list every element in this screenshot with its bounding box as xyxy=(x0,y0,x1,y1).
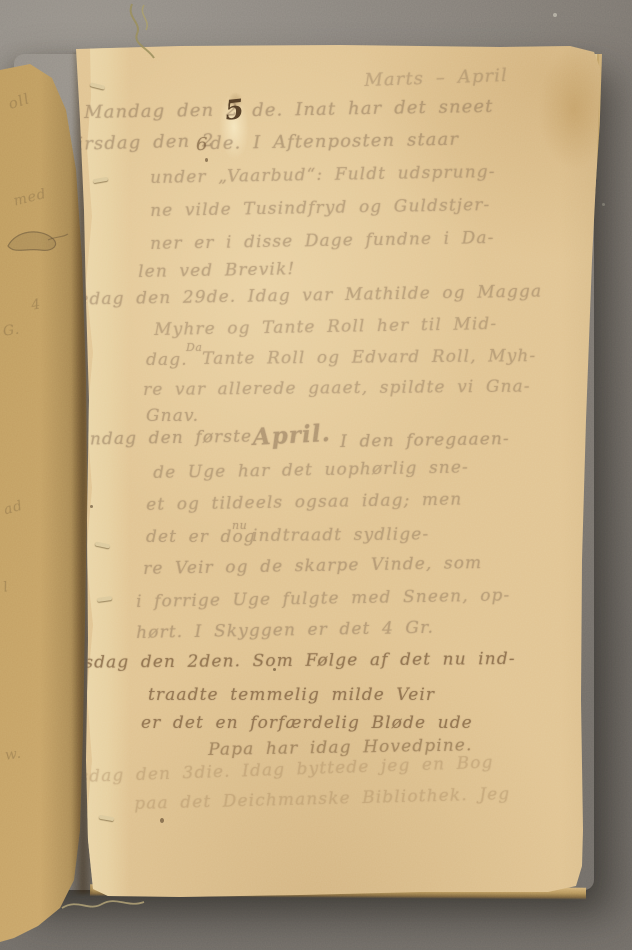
felt-fiber-fleck xyxy=(553,13,557,17)
date-correction-ink: 5 xyxy=(223,94,245,127)
diary-line: ne vilde Tusindfryd og Guldstjer- xyxy=(150,195,491,221)
photo-of-diary: oll med 4 G. ad l w. Marts – April Manda… xyxy=(0,0,632,950)
date-correction-pencil: 6 xyxy=(196,134,209,155)
pencil-speck xyxy=(90,505,93,508)
diary-line: i forrige Uge fulgte med Sneen, op- xyxy=(136,585,511,612)
left-page-fragment: ad xyxy=(2,498,25,519)
binding-thread-bottom xyxy=(58,890,148,918)
diary-line: Gnav. xyxy=(146,406,199,426)
pencil-speck xyxy=(273,668,276,671)
pencil-doodle-sketch xyxy=(2,222,74,268)
diary-line: de. I Aftenposten staar xyxy=(210,129,459,154)
diary-line-faded: paa det Deichmanske Bibliothek. Jeg xyxy=(134,784,511,814)
diary-line: ner er i disse Dage fundne i Da- xyxy=(150,228,495,254)
diary-line: traadte temmelig milde Veir xyxy=(148,685,435,705)
diary-line: Tirsdag den 2 xyxy=(64,130,215,155)
diary-line: de. Inat har det sneet xyxy=(252,96,494,121)
binding-thread-top xyxy=(118,2,178,62)
left-page-fragment: G. xyxy=(2,322,21,340)
diary-line: Mandag den 2 xyxy=(84,99,239,123)
diary-line: Tirsdag den 2den. Som Følge af det nu in… xyxy=(56,649,516,673)
month-word-april: April. xyxy=(252,420,331,451)
diary-line: indtraadt sydlige- xyxy=(252,524,429,546)
diary-line: Tante Roll og Edvard Roll, Myh- xyxy=(202,346,536,369)
pencil-speck xyxy=(205,158,208,162)
felt-fiber-fleck xyxy=(602,203,605,206)
diary-page: Marts – April Mandag den 2 5 de. Inat ha… xyxy=(0,0,632,950)
months-header: Marts – April xyxy=(364,65,508,91)
diary-line: de Uge har det uophørlig sne- xyxy=(153,457,469,483)
diary-line: er det en forfærdelig Bløde ude xyxy=(141,713,473,733)
left-page-fragment: oll xyxy=(6,89,32,113)
diary-line: I den foregaaen- xyxy=(340,429,510,452)
left-page-fragment: l xyxy=(2,579,10,596)
diary-line: re var allerede gaaet, spildte vi Gna- xyxy=(143,377,531,400)
diary-line: dag. xyxy=(146,350,188,370)
diary-line: under „Vaarbud“: Fuldt udsprung- xyxy=(150,162,496,188)
diary-line: re Veir og de skarpe Vinde, som xyxy=(143,553,482,579)
diary-line: Myhre og Tante Roll her til Mid- xyxy=(154,314,497,340)
inserted-word: Da xyxy=(186,341,202,354)
diary-line: et og tildeels ogsaa idag; men xyxy=(146,489,463,515)
diary-line: hørt. I Skyggen er det 4 Gr. xyxy=(136,618,434,643)
left-page-fragment: w. xyxy=(4,746,23,764)
pencil-speck xyxy=(160,818,164,823)
inserted-word: nu xyxy=(232,519,247,532)
diary-line: Mandag den første xyxy=(60,427,252,450)
diary-line: len ved Brevik! xyxy=(138,259,295,282)
